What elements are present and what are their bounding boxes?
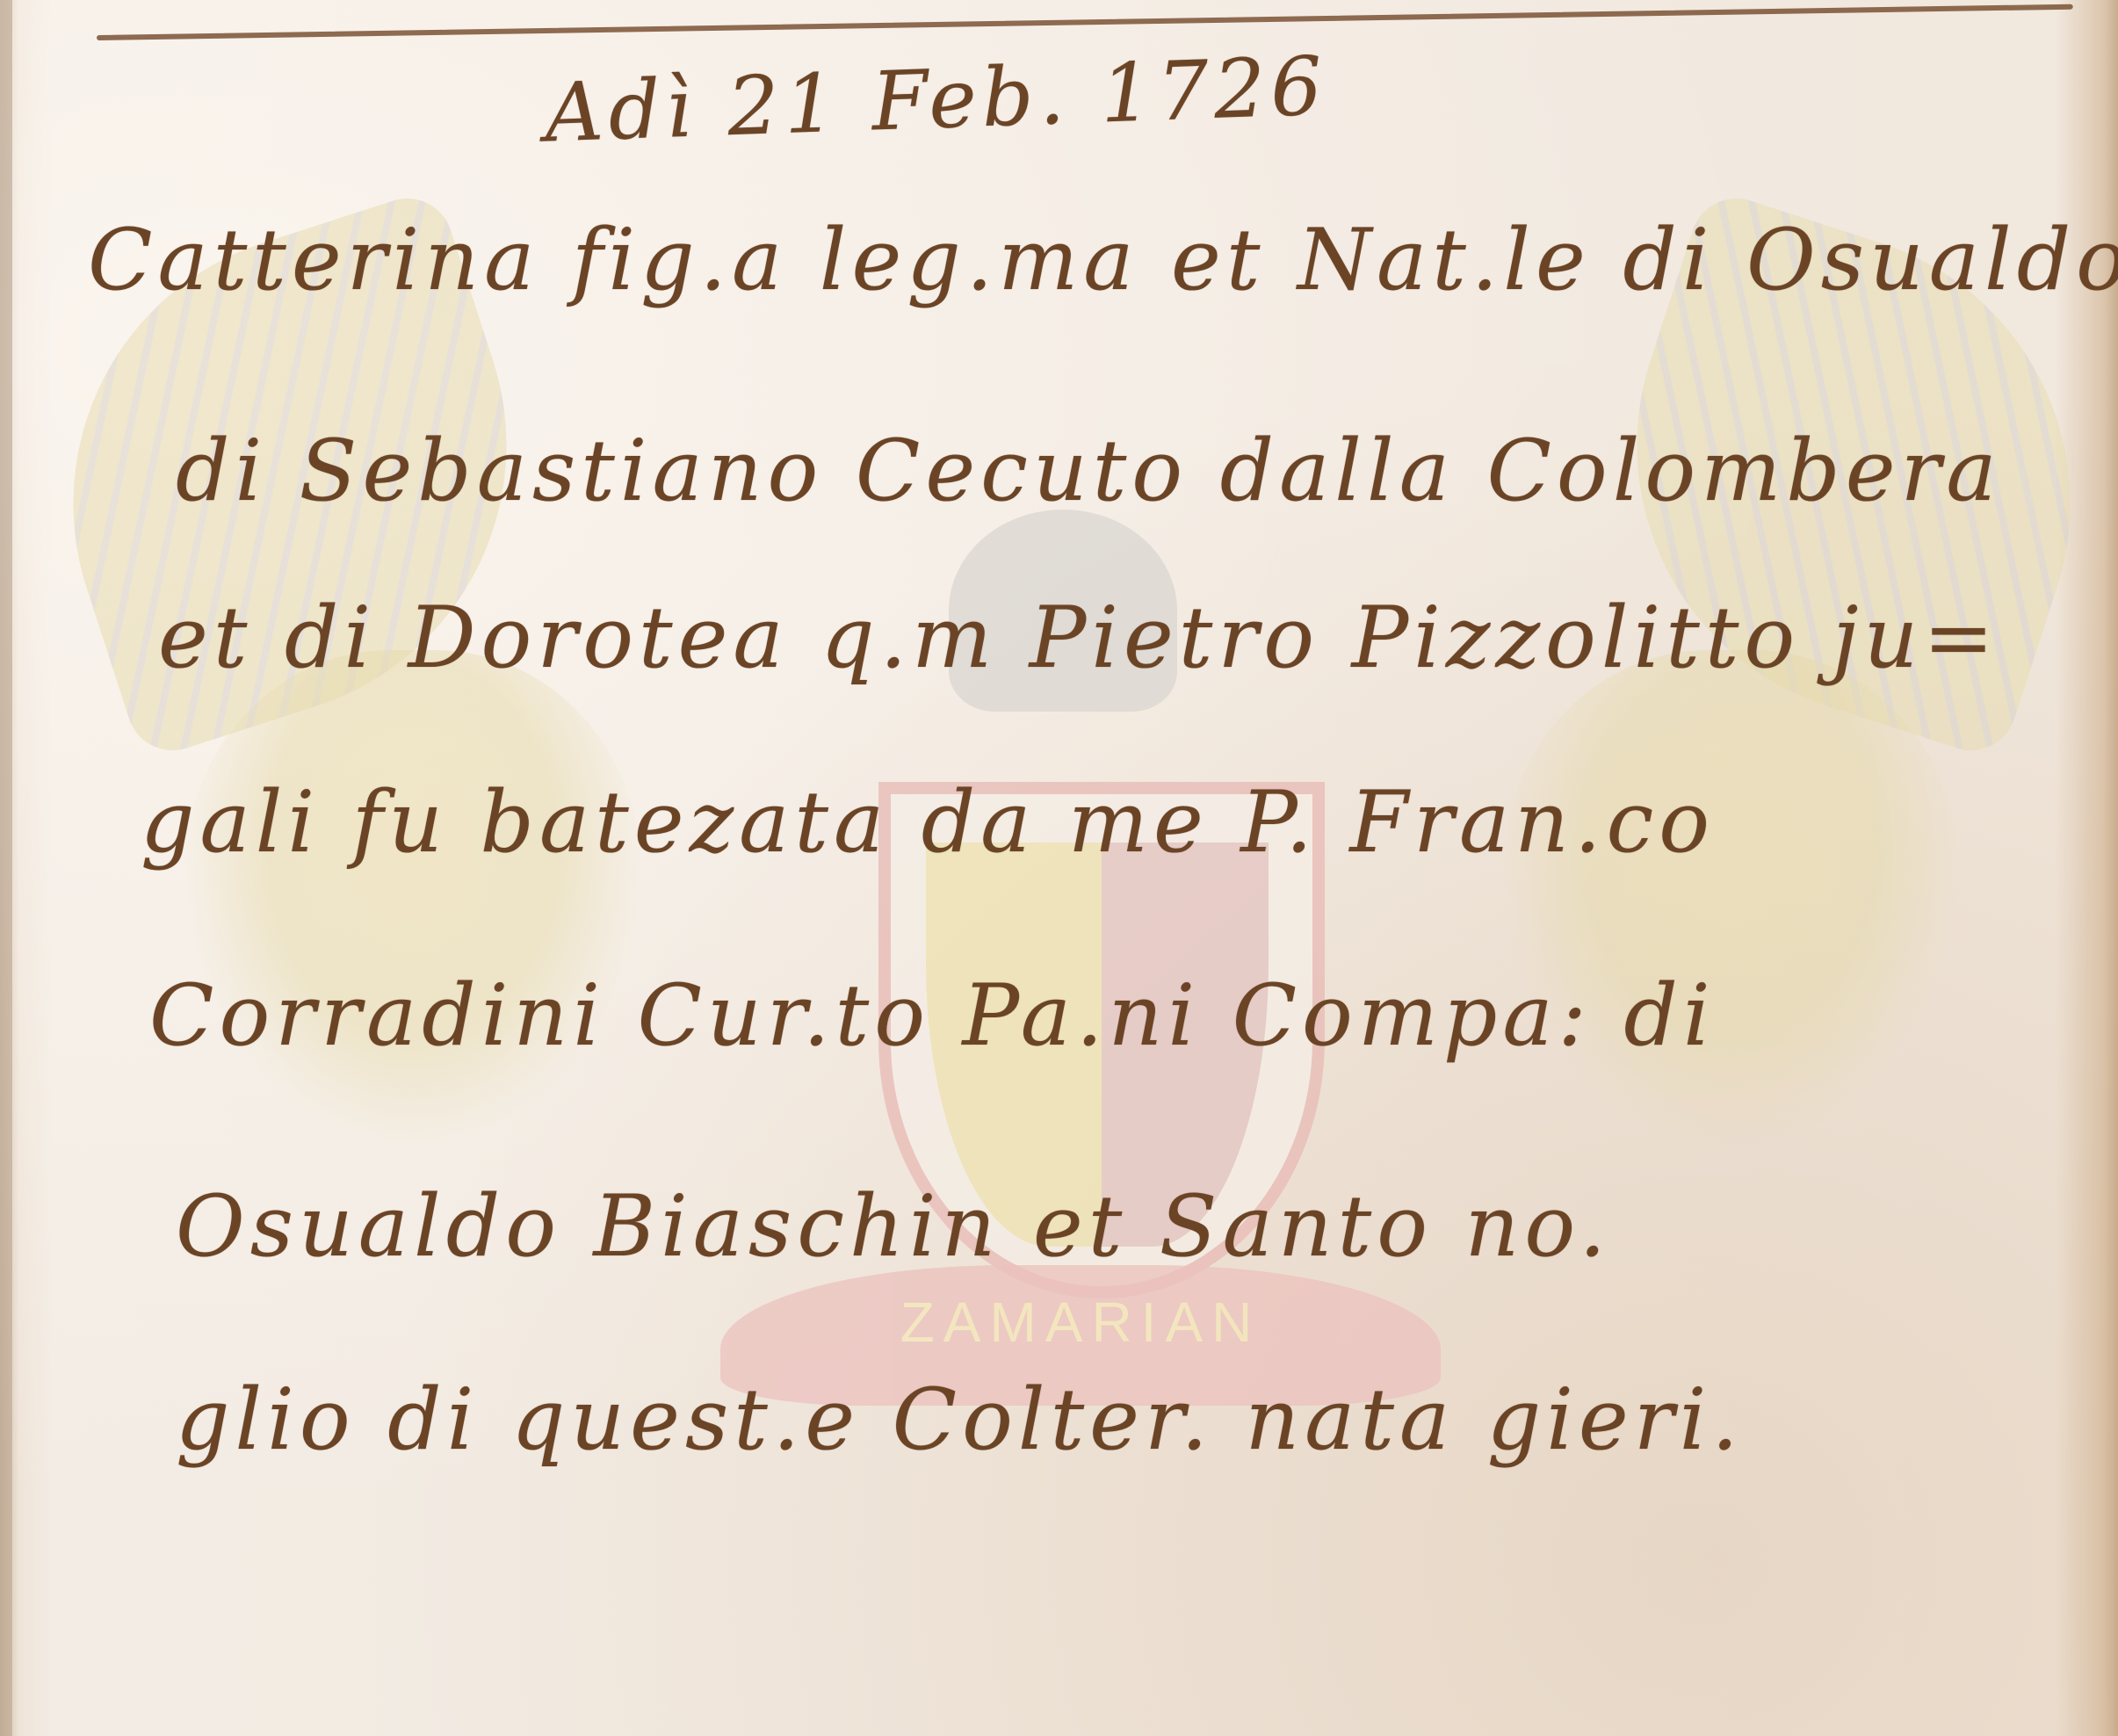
entry-line-5: Corradini Cur.to Pa.ni Compa: di bbox=[149, 966, 1716, 1065]
entry-line-6: Osualdo Biaschin et Santo no. bbox=[176, 1177, 1611, 1276]
entry-line-7: glio di quest.e Colter. nata gieri. bbox=[176, 1371, 1744, 1469]
entry-line-2: di Sebastiano Cecuto dalla Colombera bbox=[176, 422, 2002, 520]
entry-line-3: et di Dorotea q.m Pietro Pizzolitto ju= bbox=[158, 589, 1999, 687]
parchment-page: ZAMARIAN Adì 21 Feb. 1726 Catterina fig.… bbox=[0, 0, 2118, 1736]
top-rule-line bbox=[97, 4, 2073, 40]
entry-line-1: Catterina fig.a leg.ma et Nat.le di Osua… bbox=[88, 211, 2118, 309]
watermark-text: ZAMARIAN bbox=[720, 1290, 1441, 1355]
entry-line-4: gali fu batezata da me P. Fran.co bbox=[141, 773, 1715, 872]
right-lion-icon bbox=[1502, 650, 1959, 1142]
entry-date-header: Adì 21 Feb. 1726 bbox=[543, 39, 1328, 160]
left-lion-icon bbox=[184, 650, 641, 1142]
page-binding-edge bbox=[0, 0, 12, 1736]
